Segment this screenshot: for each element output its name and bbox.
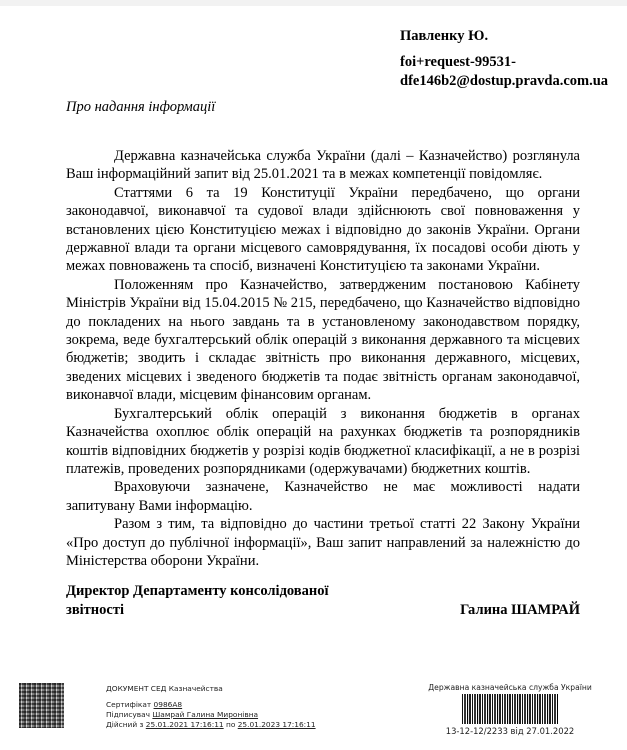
- page-top-border: [0, 0, 627, 6]
- stamp-cert-row: Сертифікат 0986A8: [106, 700, 316, 710]
- valid-from: 25.01.2021 17:16:11: [146, 720, 224, 729]
- signer-label: Підписувач: [106, 710, 150, 719]
- valid-to-label: по: [226, 720, 235, 729]
- paragraph: Державна казначейська служба України (да…: [66, 147, 580, 184]
- letter-page: Павленку Ю. foi+request-99531- dfe146b2@…: [0, 0, 627, 750]
- recipient-block: Павленку Ю. foi+request-99531- dfe146b2@…: [400, 27, 608, 91]
- qr-code-icon: [19, 683, 64, 728]
- letter-body: Державна казначейська служба України (да…: [66, 147, 580, 570]
- signature-block: Директор Департаменту консолідованої зві…: [66, 582, 580, 620]
- registration-number: 13-12-12/2233 від 27.01.2022: [410, 726, 610, 736]
- signer-name: Галина ШАМРАЙ: [460, 601, 580, 620]
- registration-block: Державна казначейська служба України 13-…: [410, 683, 610, 736]
- signer-value: Шамрай Галина Миронівна: [152, 710, 258, 719]
- paragraph: Бухгалтерський облік операцій з виконанн…: [66, 405, 580, 479]
- recipient-email-line2: dfe146b2@dostup.pravda.com.ua: [400, 72, 608, 91]
- electronic-signature-stamp: ДОКУМЕНТ СЕД Казначейства Сертифікат 098…: [106, 684, 316, 730]
- valid-label: Дійсний з: [106, 720, 143, 729]
- paragraph: Статтями 6 та 19 Конституції України пер…: [66, 184, 580, 276]
- stamp-title: ДОКУМЕНТ СЕД Казначейства: [106, 684, 316, 694]
- paragraph: Положенням про Казначейство, затверджени…: [66, 276, 580, 405]
- letter-subject: Про надання інформації: [66, 99, 215, 116]
- cert-label: Сертифікат: [106, 700, 151, 709]
- registration-org: Державна казначейська служба України: [410, 683, 610, 692]
- cert-value: 0986A8: [154, 700, 183, 709]
- stamp-signer-row: Підписувач Шамрай Галина Миронівна: [106, 710, 316, 720]
- signer-position-line1: Директор Департаменту консолідованої: [66, 582, 580, 601]
- stamp-valid-row: Дійсний з 25.01.2021 17:16:11 по 25.01.2…: [106, 720, 316, 730]
- paragraph: Разом з тим, та відповідно до частини тр…: [66, 515, 580, 570]
- recipient-email-line1: foi+request-99531-: [400, 53, 608, 72]
- barcode-icon: [462, 694, 558, 724]
- recipient-name: Павленку Ю.: [400, 27, 608, 46]
- paragraph: Враховуючи зазначене, Казначейство не ма…: [66, 478, 580, 515]
- valid-to: 25.01.2023 17:16:11: [238, 720, 316, 729]
